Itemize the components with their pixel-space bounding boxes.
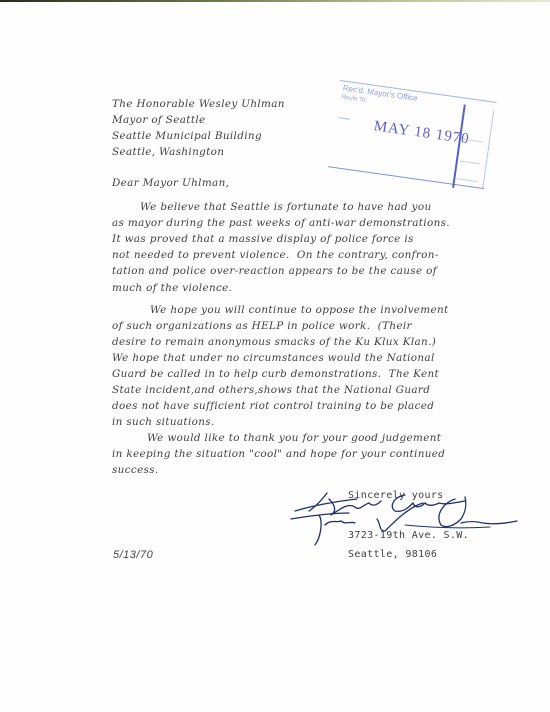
body-line: State incident,and others,shows that the…	[112, 384, 430, 396]
recipient-line: Seattle, Washington	[112, 146, 224, 158]
scan-edge	[0, 0, 550, 2]
body-line: of such organizations as HELP in police …	[112, 320, 412, 332]
recipient-line: Mayor of Seattle	[112, 114, 206, 126]
body-line: We would like to thank you for your good…	[147, 432, 441, 444]
body-line: We hope that under no circumstances woul…	[112, 352, 435, 364]
salutation: Dear Mayor Uhlman,	[112, 177, 229, 189]
body-line: Guard be called in to help curb demonstr…	[112, 368, 439, 380]
recipient-line: Seattle Municipal Building	[112, 130, 262, 142]
stamp-tick	[460, 160, 480, 164]
body-line: tation and police over-reaction appears …	[112, 265, 437, 277]
body-line: in such situations.	[112, 416, 215, 428]
sender-address-line: 3723-19th Ave. S.W.	[348, 530, 469, 541]
received-stamp: Rec'd. Mayor's Office Route To: MAY 18 1…	[328, 80, 497, 189]
body-line: as mayor during the past weeks of anti-w…	[112, 217, 450, 229]
body-line: We hope you will continue to oppose the …	[150, 304, 449, 316]
body-line: success.	[112, 464, 159, 476]
stamp-mark	[338, 117, 350, 125]
recipient-line: The Honorable Wesley Uhlman	[112, 98, 285, 110]
body-line: much of the violence.	[112, 282, 232, 294]
letter-page: Rec'd. Mayor's Office Route To: MAY 18 1…	[0, 0, 550, 712]
sender-address-line: Seattle, 98106	[348, 549, 437, 560]
stamp-tick	[457, 178, 477, 182]
handwritten-date: 5/13/70	[113, 549, 153, 561]
body-line: desire to remain anonymous smacks of the…	[112, 336, 436, 348]
stamp-route: Route To:	[341, 94, 367, 104]
stamp-date: MAY 18 1970	[373, 118, 471, 148]
body-line: in keeping the situation "cool" and hope…	[112, 448, 445, 460]
body-line: does not have sufficient riot control tr…	[112, 400, 434, 412]
body-line: not needed to prevent violence. On the c…	[112, 249, 439, 261]
stamp-border-right	[482, 111, 494, 188]
body-line: It was proved that a massive display of …	[112, 233, 414, 245]
body-line: We believe that Seattle is fortunate to …	[140, 201, 432, 213]
